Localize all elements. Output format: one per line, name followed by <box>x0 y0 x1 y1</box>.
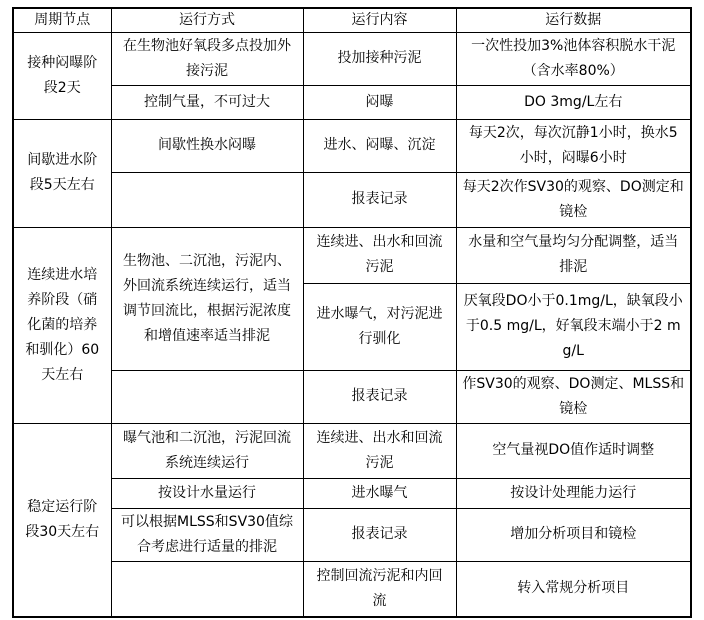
mode-cell-empty <box>111 172 303 227</box>
content-cell: 进水曝气，对污泥进 行驯化 <box>303 283 456 370</box>
mode-cell: 控制气量，不可过大 <box>111 85 303 119</box>
mode-cell: 间歇性换水闷曝 <box>111 119 303 172</box>
data-cell: 增加分析项目和镜检 <box>456 508 691 561</box>
table-row: 间歇进水阶 段5天左右 间歇性换水闷曝 进水、闷曝、沉淀 每天2次，每次沉静1小… <box>13 119 691 172</box>
phase-cell-continuous: 连续进水培 养阶段（硝 化菌的培养 和驯化）60 天左右 <box>13 227 111 423</box>
header-cell-content: 运行内容 <box>303 8 456 32</box>
data-cell: 空气量视DO值作适时调整 <box>456 423 691 478</box>
mode-cell: 可以根据MLSS和SV30值综 合考虑进行适量的排泥 <box>111 508 303 561</box>
data-cell: 水量和空气量均匀分配调整，适当 排泥 <box>456 227 691 283</box>
data-cell: 每天2次作SV30的观察、DO测定和 镜检 <box>456 172 691 227</box>
data-cell: 每天2次，每次沉静1小时，换水5 小时，闷曝6小时 <box>456 119 691 172</box>
content-cell: 报表记录 <box>303 172 456 227</box>
table-row: 报表记录 每天2次作SV30的观察、DO测定和 镜检 <box>13 172 691 227</box>
content-cell: 连续进、出水和回流 污泥 <box>303 423 456 478</box>
data-cell: 一次性投加3%池体容积脱水干泥 （含水率80%） <box>456 32 691 85</box>
content-cell: 进水曝气 <box>303 478 456 508</box>
table-row: 控制气量，不可过大 闷曝 DO 3mg/L左右 <box>13 85 691 119</box>
phase-cell-seeding: 接种闷曝阶 段2天 <box>13 32 111 119</box>
header-cell-data: 运行数据 <box>456 8 691 32</box>
content-cell: 投加接种污泥 <box>303 32 456 85</box>
data-cell: 转入常规分析项目 <box>456 561 691 617</box>
content-cell: 报表记录 <box>303 508 456 561</box>
data-cell: 按设计处理能力运行 <box>456 478 691 508</box>
mode-cell-empty <box>111 561 303 617</box>
table-row: 稳定运行阶 段30天左右 曝气池和二沉池，污泥回流 系统连续运行 连续进、出水和… <box>13 423 691 478</box>
table-row: 接种闷曝阶 段2天 在生物池好氧段多点投加外 接污泥 投加接种污泥 一次性投加3… <box>13 32 691 85</box>
header-cell-period: 周期节点 <box>13 8 111 32</box>
mode-cell-empty <box>111 370 303 423</box>
header-cell-mode: 运行方式 <box>111 8 303 32</box>
content-cell: 报表记录 <box>303 370 456 423</box>
mode-cell: 曝气池和二沉池，污泥回流 系统连续运行 <box>111 423 303 478</box>
data-cell: DO 3mg/L左右 <box>456 85 691 119</box>
phase-cell-intermittent: 间歇进水阶 段5天左右 <box>13 119 111 227</box>
operation-phase-table: 周期节点 运行方式 运行内容 运行数据 接种闷曝阶 段2天 在生物池好氧段多点投… <box>12 7 692 618</box>
document-page: 周期节点 运行方式 运行内容 运行数据 接种闷曝阶 段2天 在生物池好氧段多点投… <box>0 0 704 620</box>
data-cell: 作SV30的观察、DO测定、MLSS和 镜检 <box>456 370 691 423</box>
table-row: 连续进水培 养阶段（硝 化菌的培养 和驯化）60 天左右 生物池、二沉池，污泥内… <box>13 227 691 283</box>
table-row: 可以根据MLSS和SV30值综 合考虑进行适量的排泥 报表记录 增加分析项目和镜… <box>13 508 691 561</box>
phase-cell-stable: 稳定运行阶 段30天左右 <box>13 423 111 617</box>
table-row: 按设计水量运行 进水曝气 按设计处理能力运行 <box>13 478 691 508</box>
table-row: 报表记录 作SV30的观察、DO测定、MLSS和 镜检 <box>13 370 691 423</box>
content-cell: 闷曝 <box>303 85 456 119</box>
content-cell: 连续进、出水和回流 污泥 <box>303 227 456 283</box>
content-cell: 进水、闷曝、沉淀 <box>303 119 456 172</box>
data-cell: 厌氧段DO小于0.1mg/L，缺氧段小 于0.5 mg/L，好氧段末端小于2 m… <box>456 283 691 370</box>
table-row: 控制回流污泥和内回 流 转入常规分析项目 <box>13 561 691 617</box>
mode-cell: 在生物池好氧段多点投加外 接污泥 <box>111 32 303 85</box>
content-cell: 控制回流污泥和内回 流 <box>303 561 456 617</box>
mode-cell: 按设计水量运行 <box>111 478 303 508</box>
mode-cell: 生物池、二沉池，污泥内、 外回流系统连续运行，适当 调节回流比，根据污泥浓度 和… <box>111 227 303 370</box>
header-row: 周期节点 运行方式 运行内容 运行数据 <box>13 8 691 32</box>
